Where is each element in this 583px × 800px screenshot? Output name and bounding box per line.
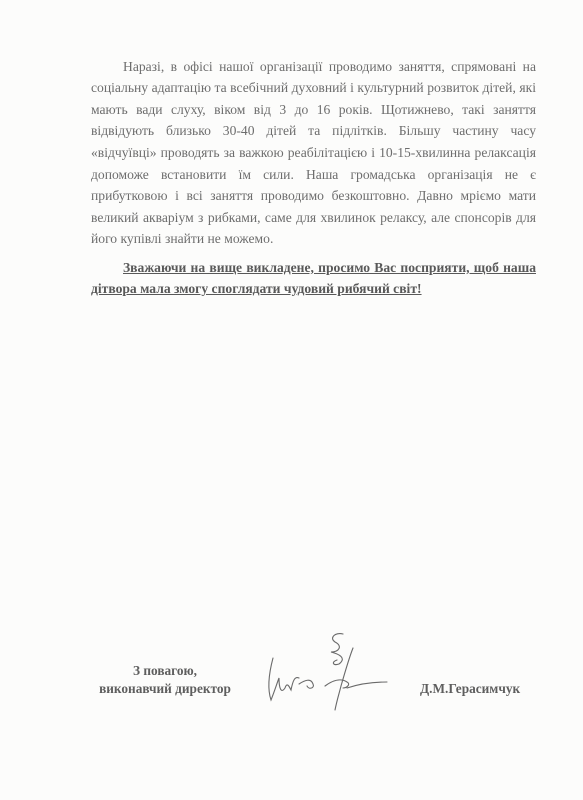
closing-block: З повагою, виконавчий директор <box>90 662 240 698</box>
request-paragraph: Зважаючи на вище викладене, просимо Вас … <box>91 257 536 300</box>
closing-greeting: З повагою, <box>90 662 240 680</box>
signature-icon <box>255 628 390 718</box>
closing-title: виконавчий директор <box>90 680 240 698</box>
body-paragraph: Наразі, в офісі нашої організації провод… <box>91 56 536 250</box>
signatory-name: Д.М.Герасимчук <box>420 681 520 697</box>
letter-page: Наразі, в офісі нашої організації провод… <box>0 0 583 800</box>
